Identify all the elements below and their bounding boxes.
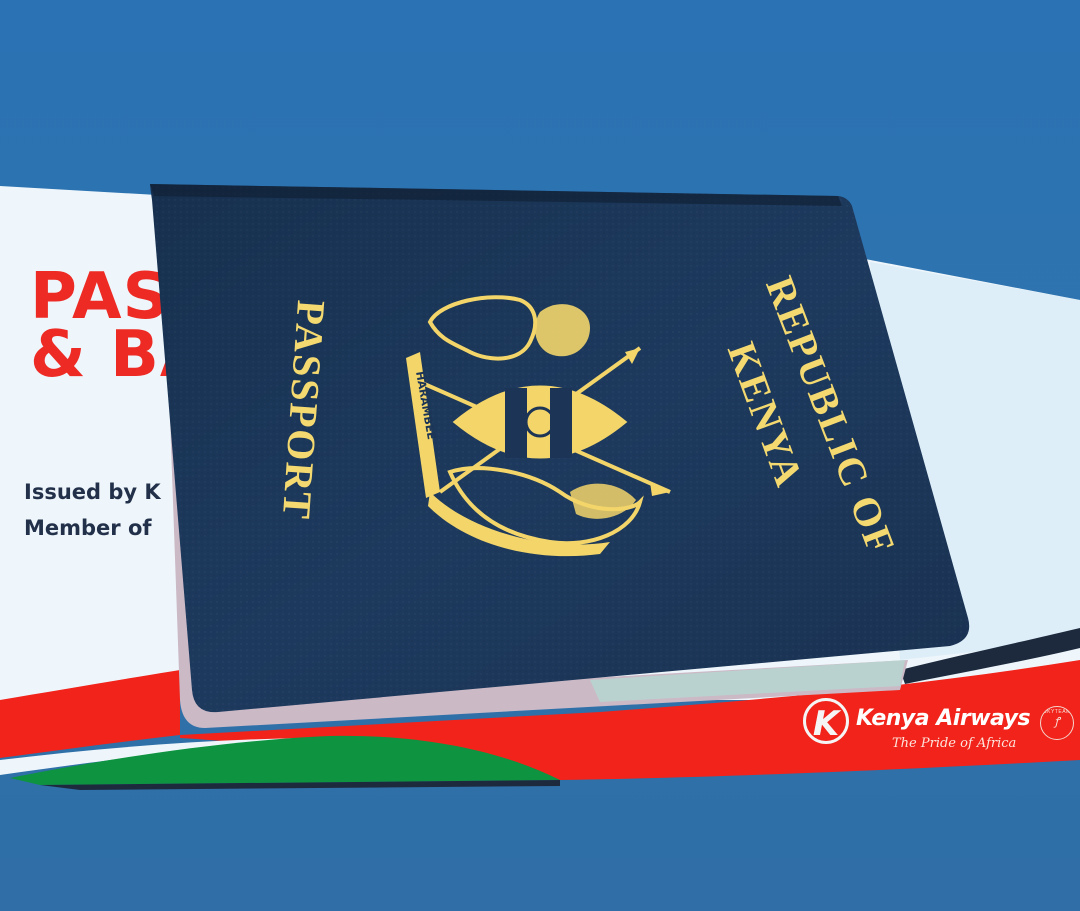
kenya-airways-k-icon: K [803,698,849,744]
passport-booklet: HARAMBEE [0,0,1080,911]
skyteam-icon: SKYTEAM ꝭ [1040,706,1074,740]
kenya-airways-logo: K Kenya Airways The Pride of Africa [800,696,1080,766]
photo-scene: PAS & BA Issued by K Member of [0,0,1080,911]
airline-tagline: The Pride of Africa [892,736,1016,751]
airline-name: Kenya Airways [856,706,1030,731]
